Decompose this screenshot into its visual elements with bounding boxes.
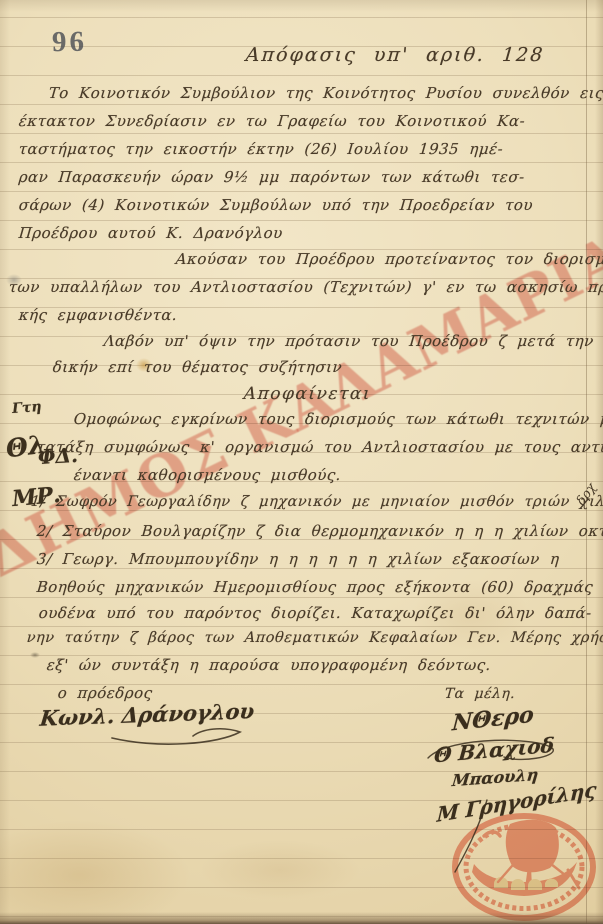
manuscript-line: 3/ Γεωργ. Μπουμπουγίδην η η η η η η χιλί… [36,550,560,568]
manuscript-line: έναντι καθορισμένους μισθούς. [73,466,342,484]
manuscript-line: Το Κοινοτικόν Συμβούλιον της Κοινότητος … [48,84,603,102]
marginal-initials: Γτη [11,399,42,417]
president-label: ο πρόεδρος [57,684,153,702]
page-number-stamp: 96 [52,26,88,60]
manuscript-line: έκτακτον Συνεδρίασιν εν τω Γραφείω του Κ… [18,112,526,130]
manuscript-line: Ομοφώνως εγκρίνων τους διορισμούς των κά… [73,410,603,428]
manuscript-line: 1/ Σωφρόν Γεωργαλίδην ζ μηχανικόν με μην… [30,494,603,510]
manuscript-line: τατάξη συμφώνως κ' οργανισμώ του Αντλιοσ… [36,438,603,456]
verdict-heading: Αποφαίνεται [243,384,372,404]
manuscript-line: των υπαλλήλων του Αντλιοστασίου (Τεχνιτώ… [8,278,603,296]
manuscript-line: νην ταύτην ζ βάρος των Αποθεματικών Κεφα… [26,630,603,646]
manuscript-line: Προέδρου αυτού Κ. Δρανόγλου [18,224,284,242]
manuscript-line: ταστήματος την εικοστήν έκτην (26) Ιουλί… [18,140,504,158]
manuscript-line: ουδένα υπό του παρόντος διορίζει. Καταχω… [38,604,593,622]
manuscript-line: Βοηθούς μηχανικών Ημερομισθίους προς εξή… [36,578,603,596]
decision-title: Απόφασις υπ' αριθ. 128 [245,44,545,66]
manuscript-line: Λαβόν υπ' όψιν την πρότασιν του Προέδρου… [103,332,603,350]
page-edge-shadow [0,0,10,924]
manuscript-line: κής εμφανισθέντα. [18,306,178,324]
manuscript-line: σάρων (4) Κοινοτικών Συμβούλων υπό την Π… [18,196,534,214]
page-edge-shadow [0,0,603,12]
manuscript-line: 2/ Σταύρον Βουλγαρίζην ζ δια θερμομηχανι… [36,522,603,540]
members-label: Τα μέλη. [444,686,516,702]
manuscript-line: ραν Παρασκευήν ώραν 9½ μμ παρόντων των κ… [18,168,525,186]
manuscript-page: ΔΗΜΟΣ ΚΑΛΑΜΑΡΙΑΣ 96 Απόφασις υπ' αριθ. 1… [0,0,603,924]
galley-ship-stamp-icon [450,812,598,922]
page-edge-shadow [595,0,603,924]
page-edge-shadow [0,912,603,924]
manuscript-line: Ακούσαν του Προέδρου προτείναντος τον δι… [175,250,603,268]
manuscript-line: εξ' ών συντάξη η παρούσα υπογραφομένη δε… [46,656,492,674]
marginal-initials: ΦΔ. [37,443,78,469]
manuscript-line: δικήν επί του θέματος συζήτησιν [52,358,343,376]
marginal-initials: ΜΡ. [11,482,62,512]
